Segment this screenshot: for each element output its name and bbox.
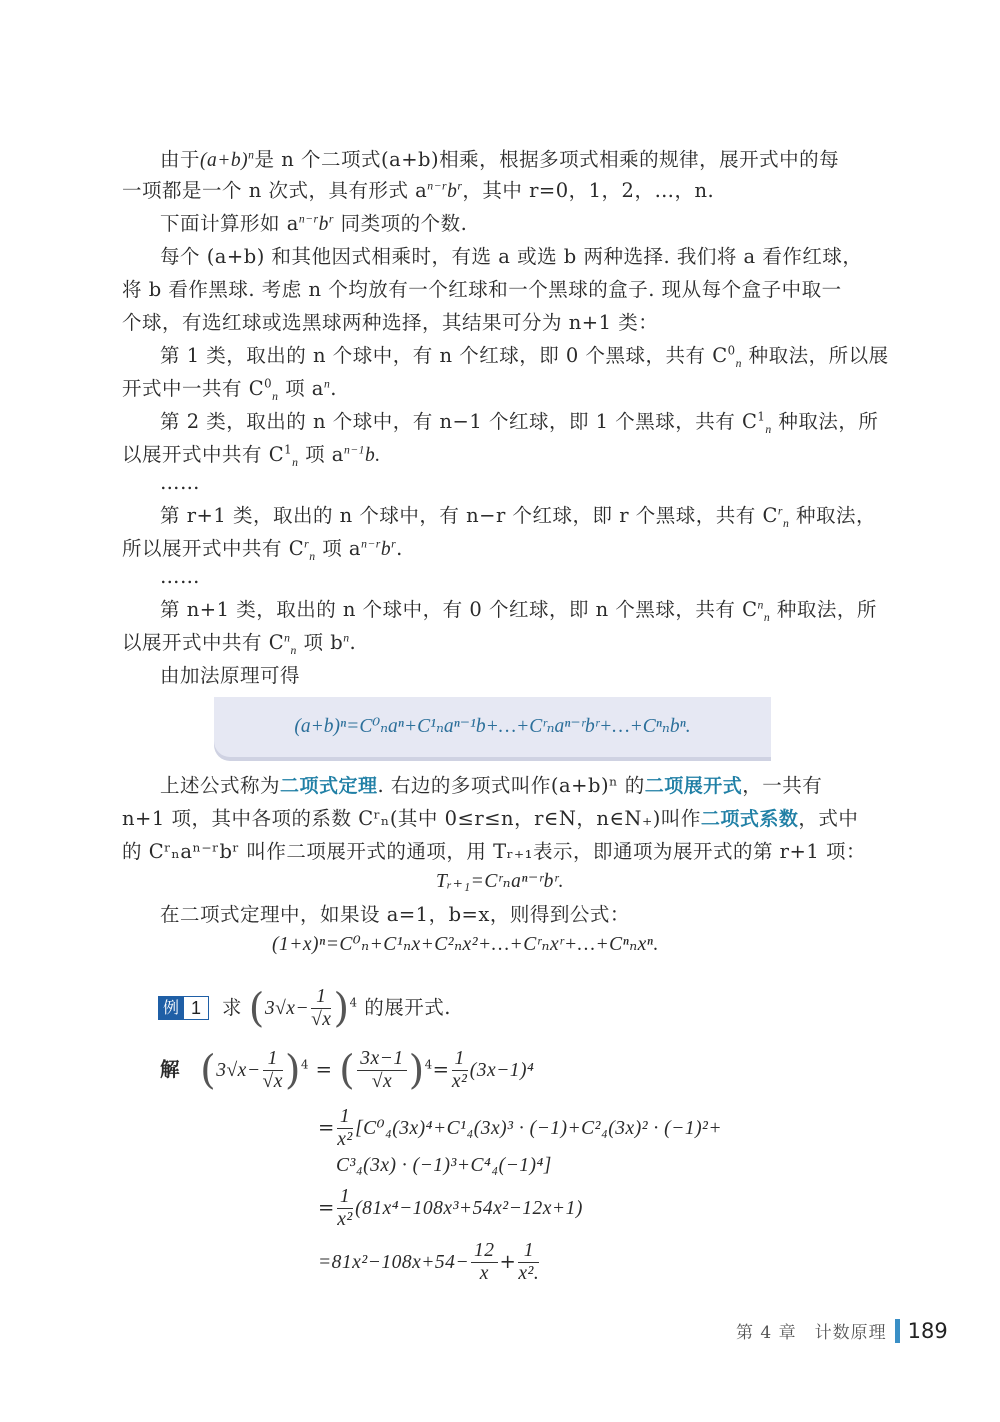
superscript: 4 [301, 1058, 309, 1072]
paragraph-line: 将 b 看作黑球. 考虑 n 个均放有一个红球和一个黑球的盒子. 现从每个盒子中… [122, 277, 842, 303]
key-term: 二项式定理 [280, 775, 378, 797]
fraction: 1x². [518, 1240, 539, 1285]
text: 同类项的个数. [334, 212, 467, 235]
text: 的展开式. [364, 996, 451, 1019]
numerator: 1 [337, 1106, 353, 1129]
numerator: 1 [452, 1048, 468, 1071]
text: 项 a [298, 443, 344, 466]
denominator: x² [337, 1129, 353, 1151]
superscript: n [284, 632, 290, 645]
math-var: b [381, 539, 391, 560]
superscript: 1 [284, 443, 292, 457]
text: 项 a [278, 377, 324, 400]
denominator: x² [452, 1071, 468, 1093]
superscript: r [304, 538, 309, 551]
paragraph-line: 第 2 类，取出的 n 个球中，有 n−1 个红球，即 1 个黑球，共有 C1n… [160, 409, 878, 435]
right-paren: ) [333, 986, 349, 1032]
paragraph-line: 所以展开式中共有 Crn 项 an−rbr. [122, 536, 403, 563]
text: 上述公式称为 [160, 774, 280, 797]
text: . [396, 537, 403, 560]
solution-step-2-cont: C³₄(3x) · (−1)³+C⁴₄(−1)⁴] [336, 1153, 552, 1179]
equals: = [433, 1058, 450, 1081]
chapter-title: 第 4 章 计数原理 [736, 1318, 887, 1343]
paragraph-line: 每个 (a+b) 和其他因式相乘时，有选 a 或选 b 两种选择. 我们将 a … [160, 244, 862, 270]
text: . [330, 377, 337, 400]
text: . [350, 631, 357, 654]
right-paren: ) [409, 1048, 425, 1094]
text: ，式中 [798, 807, 858, 830]
fraction: 3x−1√x [357, 1048, 406, 1093]
paragraph-line: 的 Cʳₙaⁿ⁻ʳbʳ 叫作二项展开式的通项，用 Tᵣ₊₁表示，即通项为展开式的… [122, 839, 866, 865]
text: . 右边的多项式叫作(a+b)ⁿ 的 [378, 774, 645, 797]
math-var: b. [365, 445, 381, 466]
fraction: 1√x [311, 986, 331, 1031]
paragraph-line: n+1 项，其中各项的系数 Cʳₙ(其中 0≤r≤n，r∈N，n∈N₊)叫作二项… [122, 806, 858, 832]
text: 种取法，所 [772, 410, 879, 433]
denominator: x² [337, 1209, 353, 1231]
paragraph-line: 第 r+1 类，取出的 n 个球中，有 n−r 个红球，即 r 个黑球，共有 C… [160, 503, 876, 529]
plus: + [500, 1250, 517, 1273]
paragraph-line: 以展开式中共有 C1n 项 an−1b. [122, 442, 381, 469]
paragraph-line: 下面计算形如 an−rbr 同类项的个数. [160, 211, 467, 238]
example-label: 例 1 [158, 996, 209, 1020]
superscript: 4 [350, 996, 358, 1010]
paragraph-line: 由加法原理可得 [160, 663, 300, 689]
denominator: √x [263, 1071, 283, 1093]
equals: = [316, 1058, 333, 1081]
superscript: n−r [299, 213, 319, 226]
math-expr: 3√x− [216, 1060, 260, 1081]
special-case-formula: (1+x)ⁿ=C⁰ₙ+C¹ₙx+C²ₙx²+…+Cʳₙxʳ+…+Cⁿₙxⁿ. [272, 932, 659, 958]
example-tag: 例 [158, 996, 184, 1020]
denominator: x [471, 1263, 498, 1285]
superscript: 0 [264, 377, 272, 391]
ellipsis: …… [160, 470, 200, 496]
solution-step-3: =1x²(81x⁴−108x³+54x²−12x+1) [318, 1186, 583, 1231]
text: 下面计算形如 a [160, 212, 299, 235]
math-expr: (3x−1)⁴ [470, 1060, 535, 1081]
text: 求 [222, 996, 242, 1019]
example-prompt: 求 (3√x−1√x)4 的展开式. [222, 986, 451, 1031]
binomial-theorem-box: (a+b)ⁿ=C⁰ₙaⁿ+C¹ₙaⁿ⁻¹b+…+Cʳₙaⁿ⁻ʳbʳ+…+Cⁿₙb… [214, 697, 771, 757]
key-term: 二项展开式 [645, 775, 743, 797]
fraction: 1√x [263, 1048, 283, 1093]
superscript: n−r [361, 538, 381, 551]
paragraph-line: 由于(a+b)n是 n 个二项式(a+b)相乘，根据多项式相乘的规律，展开式中的… [160, 147, 839, 174]
fraction: 1x² [452, 1048, 468, 1093]
text: 是 n 个二项式(a+b)相乘，根据多项式相乘的规律，展开式中的每 [255, 148, 840, 171]
superscript: n−r [427, 180, 447, 193]
text: 第 r+1 类，取出的 n 个球中，有 n−r 个红球，即 r 个黑球，共有 C [160, 504, 778, 527]
equals: = [318, 1116, 335, 1139]
math-var: b [319, 214, 329, 235]
text: 项 a [316, 537, 362, 560]
superscript: 4 [425, 1058, 433, 1072]
binomial-theorem-formula: (a+b)ⁿ=C⁰ₙaⁿ+C¹ₙaⁿ⁻¹b+…+Cʳₙaⁿ⁻ʳbʳ+…+Cⁿₙb… [214, 714, 771, 738]
math-expr: (81x⁴−108x³+54x²−12x+1) [355, 1198, 583, 1219]
text: 第 1 类，取出的 n 个球中，有 n 个红球，即 0 个黑球，共有 C [160, 344, 728, 367]
textbook-page: 由于(a+b)n是 n 个二项式(a+b)相乘，根据多项式相乘的规律，展开式中的… [0, 0, 1000, 1422]
example-number: 1 [184, 996, 209, 1020]
math-expr: (a+b) [200, 150, 248, 171]
paragraph-line: 个球，有选红球或选黑球两种选择，其结果可分为 n+1 类： [122, 310, 658, 336]
numerator: 1 [518, 1240, 539, 1263]
numerator: 12 [471, 1240, 498, 1263]
solution-step-4: =81x²−108x+54−12x+1x². [318, 1240, 541, 1285]
text: ，其中 r=0，1，2，…，n. [462, 179, 714, 202]
page-footer: 第 4 章 计数原理 189 [736, 1318, 948, 1343]
paragraph-line: 一项都是一个 n 次式，具有形式 an−rbr，其中 r=0，1，2，…，n. [122, 178, 714, 205]
text: 由于 [160, 148, 200, 171]
denominator: √x [357, 1071, 406, 1093]
footer-divider [895, 1319, 900, 1343]
general-term-formula: Tᵣ₊₁=Cʳₙaⁿ⁻ʳbʳ. [0, 869, 1000, 895]
numerator: 1 [311, 986, 331, 1009]
paragraph-line: 在二项式定理中，如果设 a=1，b=x，则得到公式： [160, 902, 630, 928]
fraction: 1x² [337, 1186, 353, 1231]
math-expr: =81x²−108x+54− [318, 1252, 469, 1273]
text: 种取法，所以展 [742, 344, 889, 367]
math-expr: 3√x− [265, 998, 309, 1019]
ellipsis: …… [160, 564, 200, 590]
solution-step-2: =1x²[C⁰₄(3x)⁴+C¹₄(3x)³ · (−1)+C²₄(3x)² ·… [318, 1106, 722, 1151]
paragraph-line: 上述公式称为二项式定理. 右边的多项式叫作(a+b)ⁿ 的二项展开式，一共有 [160, 773, 822, 799]
text: ，一共有 [742, 774, 822, 797]
denominator: √x [311, 1009, 331, 1031]
right-paren: ) [285, 1048, 301, 1094]
superscript: r [778, 505, 783, 518]
key-term: 二项式系数 [701, 808, 799, 830]
numerator: 1 [263, 1048, 283, 1071]
text: 以展开式中共有 C [122, 631, 284, 654]
math-expr: [C⁰₄(3x)⁴+C¹₄(3x)³ · (−1)+C²₄(3x)² · (−1… [355, 1118, 722, 1139]
paragraph-line: 第 1 类，取出的 n 个球中，有 n 个红球，即 0 个黑球，共有 C0n 种… [160, 343, 889, 369]
text: 项 b [297, 631, 343, 654]
denominator: x². [518, 1263, 539, 1285]
left-paren: ( [339, 1048, 355, 1094]
numerator: 3x−1 [357, 1048, 406, 1071]
superscript: 0 [728, 344, 736, 358]
text: 所以展开式中共有 C [122, 537, 304, 560]
text: 以展开式中共有 C [122, 443, 284, 466]
text: 一项都是一个 n 次式，具有形式 a [122, 179, 427, 202]
superscript: 1 [757, 410, 765, 424]
numerator: 1 [337, 1186, 353, 1209]
left-paren: ( [200, 1048, 216, 1094]
paragraph-line: 以展开式中共有 Cnn 项 bn. [122, 630, 356, 656]
text: 种取法， [789, 504, 876, 527]
fraction: 12x [471, 1240, 498, 1285]
page-number: 189 [908, 1319, 948, 1343]
superscript: n−1 [344, 444, 365, 457]
math-var: b [447, 181, 457, 202]
text: 种取法，所 [770, 598, 877, 621]
paragraph-line: 开式中一共有 C0n 项 an. [122, 376, 337, 402]
solution-label: 解 [160, 1058, 180, 1081]
text: n+1 项，其中各项的系数 Cʳₙ(其中 0≤r≤n，r∈N，n∈N₊)叫作 [122, 807, 701, 830]
superscript: n [758, 599, 764, 612]
text: 开式中一共有 C [122, 377, 264, 400]
text: 第 2 类，取出的 n 个球中，有 n−1 个红球，即 1 个黑球，共有 C [160, 410, 757, 433]
fraction: 1x² [337, 1106, 353, 1151]
paragraph-line: 第 n+1 类，取出的 n 个球中，有 0 个红球，即 n 个黑球，共有 Cnn… [160, 597, 877, 623]
equals: = [318, 1196, 335, 1219]
left-paren: ( [249, 986, 265, 1032]
solution-step-1: 解 (3√x−1√x)4 = (3x−1√x)4=1x²(3x−1)⁴ [160, 1048, 534, 1093]
text: 第 n+1 类，取出的 n 个球中，有 0 个红球，即 n 个黑球，共有 C [160, 598, 758, 621]
